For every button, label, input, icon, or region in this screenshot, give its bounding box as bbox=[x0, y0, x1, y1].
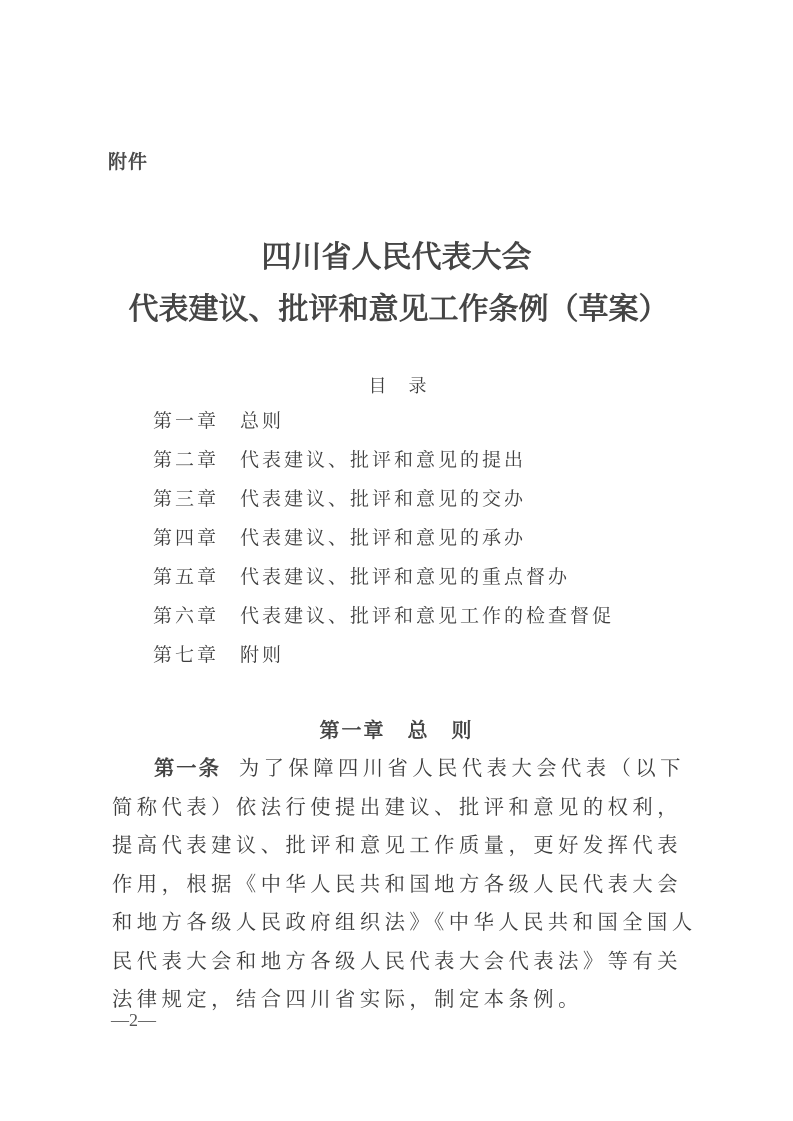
toc-item-number: 第一章 bbox=[153, 406, 240, 445]
toc-item: 第五章 代表建议、批评和意见的重点督办 bbox=[153, 562, 614, 601]
toc-item-number: 第五章 bbox=[153, 562, 240, 601]
toc-item: 第二章 代表建议、批评和意见的提出 bbox=[153, 445, 614, 484]
document-title-line1: 四川省人民代表大会 bbox=[0, 232, 793, 276]
toc-item-number: 第四章 bbox=[153, 523, 240, 562]
document-title-line2: 代表建议、批评和意见工作条例（草案） bbox=[2, 284, 793, 328]
chapter-name: 总 则 bbox=[408, 718, 474, 742]
toc-item-label: 代表建议、批评和意见的交办 bbox=[240, 484, 526, 523]
toc-item: 第七章 附则 bbox=[153, 640, 614, 679]
toc-item-label: 代表建议、批评和意见的提出 bbox=[240, 445, 526, 484]
chapter-heading: 第一章总 则 bbox=[0, 714, 793, 743]
toc-item: 第六章 代表建议、批评和意见工作的检查督促 bbox=[153, 601, 614, 640]
toc-heading: 目录 bbox=[0, 372, 793, 398]
toc-item: 第三章 代表建议、批评和意见的交办 bbox=[153, 484, 614, 523]
toc-item-number: 第六章 bbox=[153, 601, 240, 640]
page-number: —2— bbox=[111, 1010, 156, 1031]
article-text: 为了保障四川省人民代表大会代表（以下简称代表）依法行使提出建议、批评和意见的权利… bbox=[112, 756, 697, 1011]
toc-item-number: 第七章 bbox=[153, 640, 240, 679]
toc-item: 第一章 总则 bbox=[153, 406, 614, 445]
toc-item-number: 第二章 bbox=[153, 445, 240, 484]
chapter-number: 第一章 bbox=[320, 718, 386, 742]
toc-item-label: 总则 bbox=[240, 406, 284, 445]
toc-item-label: 代表建议、批评和意见的重点督办 bbox=[240, 562, 570, 601]
attachment-label: 附件 bbox=[108, 147, 148, 174]
article-paragraph: 第一条为了保障四川省人民代表大会代表（以下简称代表）依法行使提出建议、批评和意见… bbox=[112, 749, 698, 1019]
toc-item-label: 代表建议、批评和意见的承办 bbox=[240, 523, 526, 562]
toc-item-number: 第三章 bbox=[153, 484, 240, 523]
table-of-contents: 第一章 总则 第二章 代表建议、批评和意见的提出 第三章 代表建议、批评和意见的… bbox=[153, 406, 614, 679]
toc-item: 第四章 代表建议、批评和意见的承办 bbox=[153, 523, 614, 562]
article-label: 第一条 bbox=[154, 756, 221, 780]
toc-item-label: 代表建议、批评和意见工作的检查督促 bbox=[240, 601, 614, 640]
toc-item-label: 附则 bbox=[240, 640, 284, 679]
